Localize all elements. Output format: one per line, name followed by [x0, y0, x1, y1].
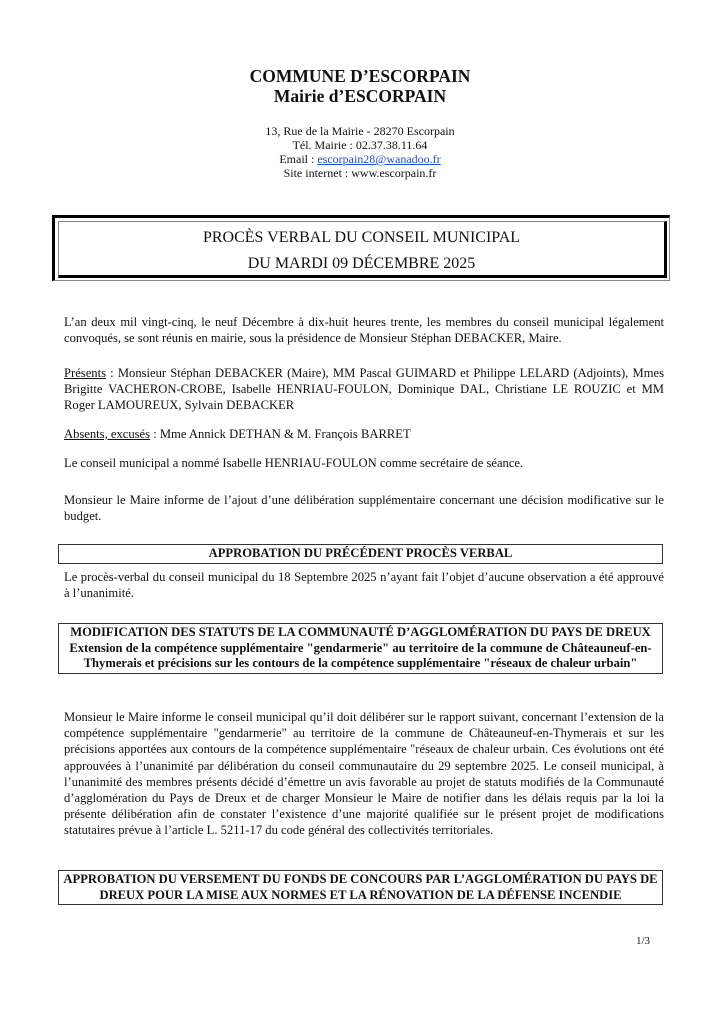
opening-paragraph: L’an deux mil vingt-cinq, le neuf Décemb… [64, 314, 664, 346]
email-label: Email : [279, 152, 317, 166]
letterhead-title: COMMUNE D’ESCORPAIN Mairie d’ESCORPAIN [0, 66, 720, 106]
postal-address: 13, Rue de la Mairie - 28270 Escorpain [0, 124, 720, 138]
mairie-name: Mairie d’ESCORPAIN [0, 86, 720, 106]
secretary-paragraph: Le conseil municipal a nommé Isabelle HE… [64, 455, 664, 471]
email-link[interactable]: escorpain28@wanadoo.fr [317, 152, 440, 166]
absent-members: Absents, excusés : Mme Annick DETHAN & M… [64, 426, 664, 442]
document-title: PROCÈS VERBAL DU CONSEIL MUNICIPAL [59, 225, 664, 251]
contact-block: 13, Rue de la Mairie - 28270 Escorpain T… [0, 124, 720, 180]
section-heading-fund: APPROBATION DU VERSEMENT DU FONDS DE CON… [58, 870, 663, 905]
email-line: Email : escorpain28@wanadoo.fr [0, 152, 720, 166]
phone-number: Tél. Mairie : 02.37.38.11.64 [0, 138, 720, 152]
addition-paragraph: Monsieur le Maire informe de l’ajout d’u… [64, 492, 664, 524]
absent-label: Absents, excusés [64, 427, 150, 441]
document-title-box: PROCÈS VERBAL DU CONSEIL MUNICIPAL DU MA… [52, 215, 670, 281]
page-number: 1/3 [636, 935, 650, 947]
section-subtitle-statutes: Extension de la compétence supplémentair… [63, 641, 658, 672]
commune-name: COMMUNE D’ESCORPAIN [0, 66, 720, 86]
section-body-statutes: Monsieur le Maire informe le conseil mun… [64, 709, 664, 839]
present-members: Présents : Monsieur Stéphan DEBACKER (Ma… [64, 365, 664, 414]
website-line: Site internet : www.escorpain.fr [0, 166, 720, 180]
present-label: Présents [64, 366, 106, 380]
section-heading-approval: APPROBATION DU PRÉCÉDENT PROCÈS VERBAL [58, 544, 663, 564]
section-body-approval: Le procès-verbal du conseil municipal du… [64, 569, 664, 601]
section-heading-statutes: MODIFICATION DES STATUTS DE LA COMMUNAUT… [58, 623, 663, 674]
document-date: DU MARDI 09 DÉCEMBRE 2025 [59, 251, 664, 277]
